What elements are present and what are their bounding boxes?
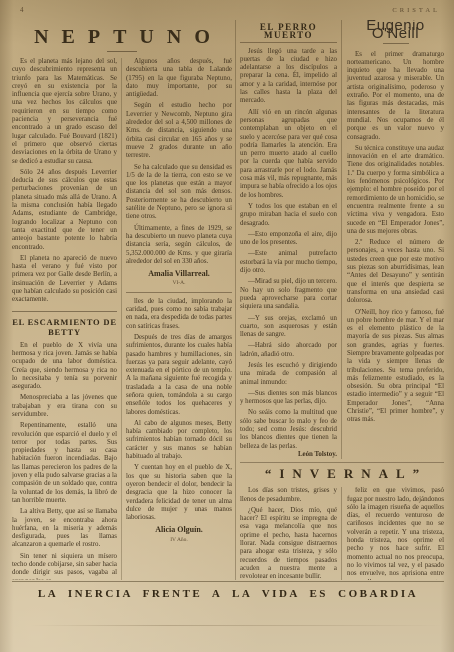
paragraph: Al cabo de algunos meses, Betty había ca… bbox=[126, 420, 232, 461]
paragraph: Menospreciaba a las jóvenes que trabajab… bbox=[12, 394, 117, 419]
article-title-perro-muerto: EL PERRO MUERTO bbox=[240, 23, 337, 40]
paragraph: Repentinamente, estalló una revolución q… bbox=[12, 422, 117, 505]
paragraph: La altiva Betty, que así se llamaba la j… bbox=[12, 508, 117, 549]
paragraph: O'Neill, hoy rico y famoso, fué un pobre… bbox=[347, 309, 444, 425]
column-3: EL PERRO MUERTO Jesús llegó una tarde a … bbox=[240, 20, 342, 459]
column-4-lower: feliz en que vivimos, pasó fugaz por nue… bbox=[342, 487, 444, 580]
signature-block: Amalia Villarreal. VI-A. bbox=[126, 270, 232, 288]
article-title-neptuno: NEPTUNO bbox=[12, 26, 232, 48]
paragraph: El planeta no apareció de nuevo hasta el… bbox=[12, 255, 117, 305]
attribution-tolstoy: León Tolstoy. bbox=[290, 451, 337, 459]
paragraph: Es el primer dramaturgo norteamericano. … bbox=[347, 51, 444, 142]
paragraph: Los días son tristes, grises y llenos de… bbox=[240, 487, 337, 504]
footer-motto: LA INERCIA FRENTE A LA VIDA ES COBARDIA bbox=[12, 581, 444, 600]
paragraph: Jesús les escuchó y dirigiendo una mirad… bbox=[240, 362, 337, 387]
invernal-section: “INVERNAL” Los días son tristes, grises … bbox=[240, 462, 444, 580]
paragraph: Allí vió en un rincón algunas personas a… bbox=[240, 109, 337, 200]
paragraph: —Y sus orejas, exclamó un cuarto, son as… bbox=[240, 315, 337, 340]
author-name: Alicia Olguín. bbox=[126, 526, 232, 534]
paragraph: Sólo 24 años después Leverrier deducía d… bbox=[12, 169, 117, 252]
column-4: Eugenio O'Neill Es el primer dramaturgo … bbox=[342, 20, 444, 459]
paragraph: —Esto emponzoña el aire, dijo uno de los… bbox=[240, 231, 337, 248]
paper-crease bbox=[30, 625, 444, 626]
section-divider bbox=[126, 292, 232, 293]
paragraph: Su técnica constituye una audaz innovaci… bbox=[347, 145, 444, 236]
article-title-invernal: “INVERNAL” bbox=[240, 466, 444, 482]
column-1: Es el planeta más lejano del sol, cuyo d… bbox=[12, 58, 122, 580]
paragraph: —Mirad su piel, dijo un tercero. No hay … bbox=[240, 278, 337, 311]
paragraph: Según el estudio hecho por Leverrier y N… bbox=[126, 102, 232, 160]
paragraph: feliz en que vivimos, pasó fugaz por nue… bbox=[347, 487, 444, 580]
column-2: Algunos años después, fué descubierta un… bbox=[122, 58, 232, 580]
author-grade: VI-A. bbox=[126, 279, 232, 287]
page-content: NEPTUNO Es el planeta más lejano del sol… bbox=[12, 20, 444, 580]
paragraph: Se ha calculado que su densidad es 1/5 d… bbox=[126, 164, 232, 222]
paragraph: —Sus dientes son más blancos y hermosos … bbox=[240, 390, 337, 407]
magazine-page: 4 CRISTAL NEPTUNO Es el planeta más leja… bbox=[0, 0, 454, 652]
paragraph: ¿Qué hacer, Dios mío, qué hacer? El espí… bbox=[240, 507, 337, 580]
paragraph: En el pueblo de X vivía una hermosa y ri… bbox=[12, 342, 117, 392]
paragraph-text: No seáis como la multitud que sólo sabe … bbox=[240, 409, 337, 449]
title-divider bbox=[240, 42, 337, 43]
paragraph: Jesús llegó una tarde a las puertas de l… bbox=[240, 48, 337, 106]
paragraph: Sin tener ni siquiera un mísero techo do… bbox=[12, 553, 117, 580]
title-divider bbox=[383, 43, 409, 44]
article-title-betty: EL ESCARMIENTO DE BETTY bbox=[12, 311, 117, 337]
page-header: 4 CRISTAL bbox=[12, 6, 444, 18]
paragraph: Es el planeta más lejano del sol, cuyo d… bbox=[12, 58, 117, 166]
signature-block: Alicia Olguín. IV Año. bbox=[126, 526, 232, 544]
paragraph: Algunos años después, fué descubierta un… bbox=[126, 58, 232, 99]
masthead-title: CRISTAL bbox=[392, 7, 440, 14]
paragraph: —Habrá sido ahorcado por ladrón, añadió … bbox=[240, 342, 337, 359]
paragraph: —Este animal putrefacto estorbará la vía… bbox=[240, 250, 337, 275]
left-section: NEPTUNO Es el planeta más lejano del sol… bbox=[12, 20, 235, 580]
column-3-lower: Los días son tristes, grises y llenos de… bbox=[240, 487, 342, 580]
title-divider bbox=[107, 51, 137, 52]
page-number: 4 bbox=[20, 6, 24, 14]
paragraph: Últimamente, a fines de 1929, se ha desc… bbox=[126, 225, 232, 266]
closing-paragraph: No seáis como la multitud que sólo sabe … bbox=[240, 409, 337, 450]
paragraph: Y todos los que estaban en el grupo mira… bbox=[240, 203, 337, 228]
author-name: Amalia Villarreal. bbox=[126, 270, 232, 278]
article-title-oneill: Eugenio O'Neill bbox=[347, 22, 444, 39]
paragraph: Después de tres días de amargos sufrimie… bbox=[126, 334, 232, 417]
paragraph: Y cuentan hoy en el pueblo de X, los que… bbox=[126, 464, 232, 522]
right-section: EL PERRO MUERTO Jesús llegó una tarde a … bbox=[235, 20, 444, 580]
paragraph: 2.º Reduce el número de personajes, a ve… bbox=[347, 239, 444, 305]
author-grade: IV Año. bbox=[126, 536, 232, 544]
paragraph: lles de la ciudad, implorando la caridad… bbox=[126, 298, 232, 331]
